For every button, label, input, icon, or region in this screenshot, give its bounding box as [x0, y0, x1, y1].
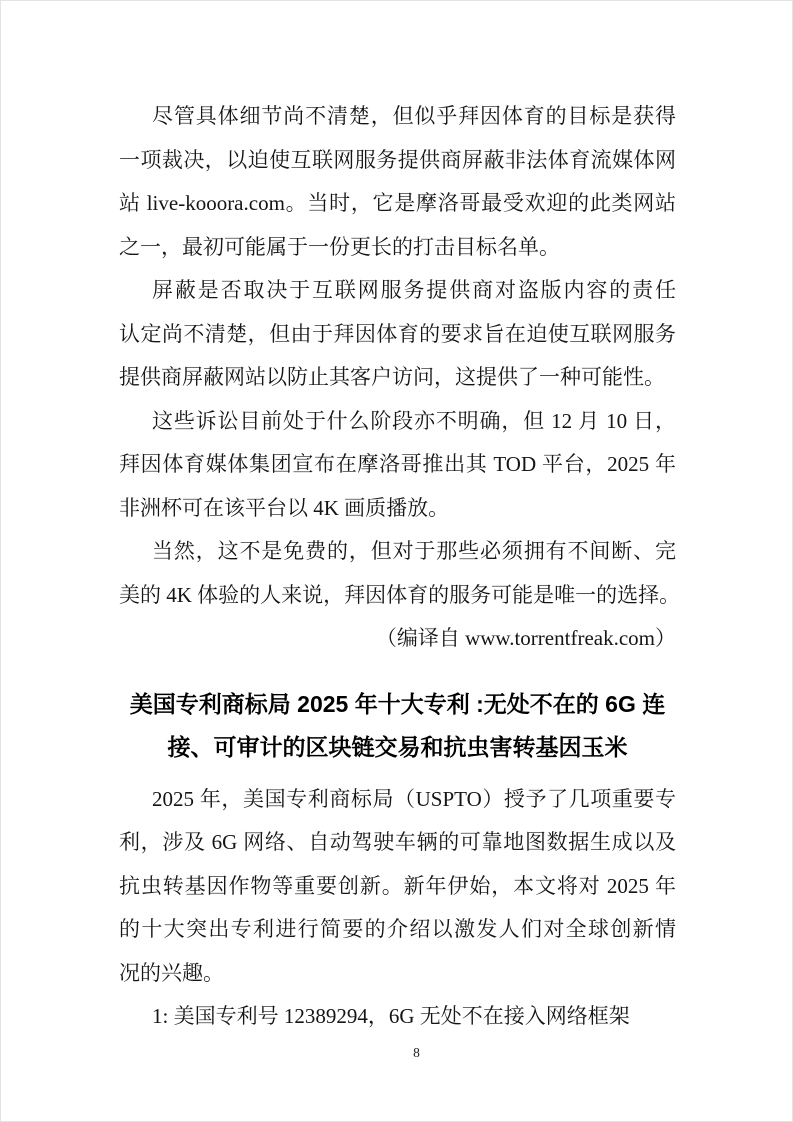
text-line: 1: 美国专利号 12389294，6G 无处不在接入网络框架 — [119, 995, 676, 1039]
text-line: 况的兴趣。 — [119, 952, 676, 996]
paragraph: 1: 美国专利号 12389294，6G 无处不在接入网络框架 — [119, 995, 676, 1039]
page-content: 尽管具体细节尚不清楚，但似乎拜因体育的目标是获得一项裁决，以迫使互联网服务提供商… — [119, 95, 676, 1039]
text-line: 之一，最初可能属于一份更长的打击目标名单。 — [119, 226, 676, 270]
paragraph: 当然，这不是免费的，但对于那些必须拥有不间断、完美的 4K 体验的人来说，拜因体… — [119, 530, 676, 617]
text-line: 当然，这不是免费的，但对于那些必须拥有不间断、完 — [119, 530, 676, 574]
text-line: 一项裁决，以迫使互联网服务提供商屏蔽非法体育流媒体网 — [119, 139, 676, 183]
text-line: 抗虫转基因作物等重要创新。新年伊始，本文将对 2025 年 — [119, 865, 676, 909]
page-number: 8 — [413, 1045, 420, 1060]
article-flow: 尽管具体细节尚不清楚，但似乎拜因体育的目标是获得一项裁决，以迫使互联网服务提供商… — [119, 95, 676, 1039]
text-line: 站 live-kooora.com。当时，它是摩洛哥最受欢迎的此类网站 — [119, 182, 676, 226]
page-footer: 8 — [1, 1045, 792, 1061]
text-line: （编译自 www.torrentfreak.com） — [119, 617, 676, 661]
paragraph: 2025 年，美国专利商标局（USPTO）授予了几项重要专利，涉及 6G 网络、… — [119, 778, 676, 996]
text-line: 2025 年，美国专利商标局（USPTO）授予了几项重要专 — [119, 778, 676, 822]
text-line: 美国专利商标局 2025 年十大专利 :无处不在的 6G 连 — [119, 683, 676, 727]
text-line: 尽管具体细节尚不清楚，但似乎拜因体育的目标是获得 — [119, 95, 676, 139]
text-line: 提供商屏蔽网站以防止其客户访问，这提供了一种可能性。 — [119, 356, 676, 400]
paragraph: 这些诉讼目前处于什么阶段亦不明确，但 12 月 10 日，拜因体育媒体集团宣布在… — [119, 400, 676, 531]
text-line: 认定尚不清楚，但由于拜因体育的要求旨在迫使互联网服务 — [119, 313, 676, 357]
document-page: 尽管具体细节尚不清楚，但似乎拜因体育的目标是获得一项裁决，以迫使互联网服务提供商… — [0, 0, 793, 1122]
text-line: 这些诉讼目前处于什么阶段亦不明确，但 12 月 10 日， — [119, 400, 676, 444]
text-line: 拜因体育媒体集团宣布在摩洛哥推出其 TOD 平台，2025 年 — [119, 443, 676, 487]
text-line: 美的 4K 体验的人来说，拜因体育的服务可能是唯一的选择。 — [119, 574, 676, 618]
text-line: 利，涉及 6G 网络、自动驾驶车辆的可靠地图数据生成以及 — [119, 821, 676, 865]
text-line: 屏蔽是否取决于互联网服务提供商对盗版内容的责任 — [119, 269, 676, 313]
article-heading: 美国专利商标局 2025 年十大专利 :无处不在的 6G 连接、可审计的区块链交… — [119, 683, 676, 770]
paragraph: 尽管具体细节尚不清楚，但似乎拜因体育的目标是获得一项裁决，以迫使互联网服务提供商… — [119, 95, 676, 269]
text-line: 的十大突出专利进行简要的介绍以激发人们对全球创新情 — [119, 908, 676, 952]
text-line: 接、可审计的区块链交易和抗虫害转基因玉米 — [119, 726, 676, 770]
paragraph: 屏蔽是否取决于互联网服务提供商对盗版内容的责任认定尚不清楚，但由于拜因体育的要求… — [119, 269, 676, 400]
text-line: 非洲杯可在该平台以 4K 画质播放。 — [119, 487, 676, 531]
attribution-line: （编译自 www.torrentfreak.com） — [119, 617, 676, 661]
